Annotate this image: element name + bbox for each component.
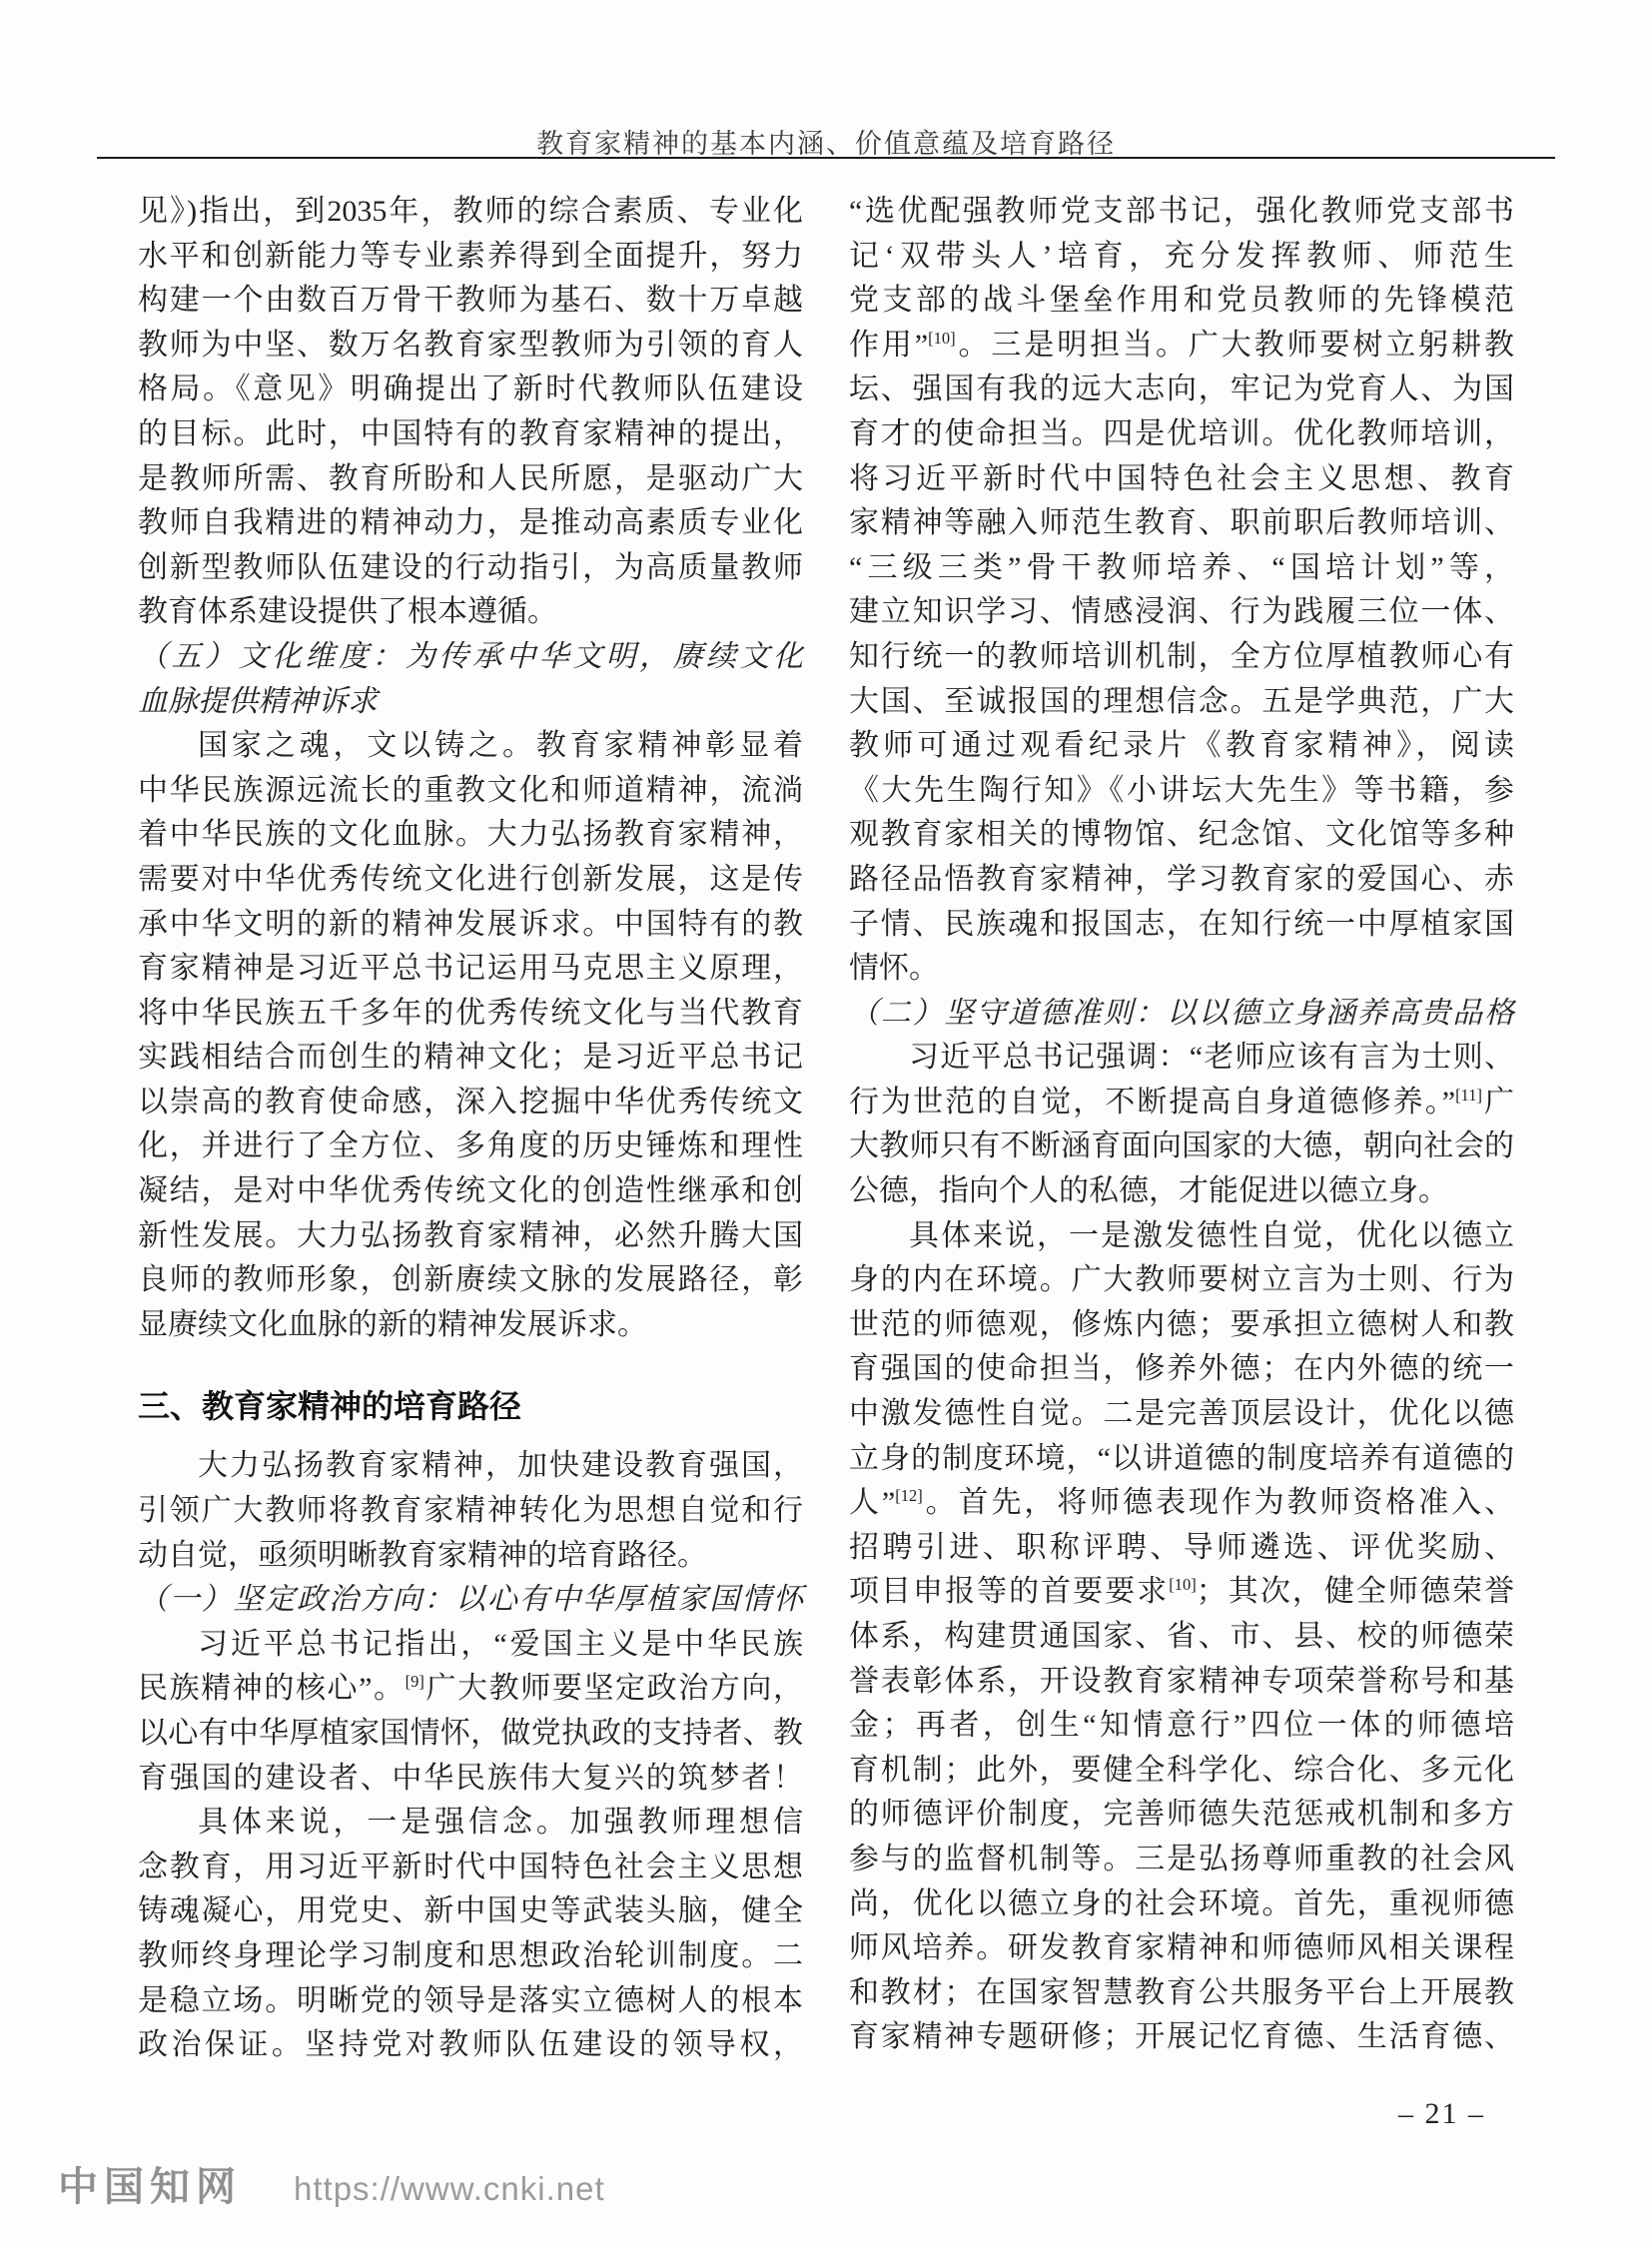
text-line: 是教师所需、教育所盼和人民所愿，是驱动广大: [138, 457, 803, 502]
text-line: 大教师只有不断涵育面向国家的大德，朝向社会的: [849, 1124, 1514, 1169]
text-line: 作用”[10]。三是明担当。广大教师要树立躬耕教: [849, 324, 1514, 369]
citation-ref: [12]: [895, 1486, 923, 1505]
text-line: 招聘引进、职称评聘、导师遴选、评优奖励、: [849, 1526, 1514, 1571]
text-line: 知行统一的教师培训机制，全方位厚植教师心有: [849, 635, 1514, 680]
text-line: 育强国的建设者、中华民族伟大复兴的筑梦者！: [138, 1757, 803, 1802]
citation-ref: [10]: [1169, 1575, 1197, 1594]
text-line: 水平和创新能力等专业素养得到全面提升，努力: [138, 235, 803, 280]
text-line: 见》)指出，到2035年，教师的综合素质、专业化: [138, 190, 803, 235]
text-line: 世范的师德观，修炼内德；要承担立德树人和教: [849, 1303, 1514, 1348]
text-line: 实践相结合而创生的精神文化；是习近平总书记: [138, 1036, 803, 1081]
text-line: 将中华民族五千多年的优秀传统文化与当代教育: [138, 992, 803, 1037]
subsection-heading-line: 血脉提供精神诉求: [138, 680, 803, 725]
text-line: 公德，指向个人的私德，才能促进以德立身。: [849, 1169, 1514, 1214]
text-line: 情怀。: [849, 947, 1514, 992]
text-line: 教师自我精进的精神动力，是推动高素质专业化: [138, 501, 803, 546]
text-line: 育机制；此外，要健全科学化、综合化、多元化: [849, 1749, 1514, 1794]
text-line: 习近平总书记强调：“老师应该有言为士则、: [849, 1036, 1514, 1081]
text-line: 育家精神是习近平总书记运用马克思主义原理，: [138, 947, 803, 992]
text-line: 教师为中坚、数万名教育家型教师为引领的育人: [138, 324, 803, 369]
citation-ref: [11]: [1455, 1086, 1482, 1105]
text-line: 体系，构建贯通国家、省、市、县、校的师德荣: [849, 1615, 1514, 1660]
right-column: “选优配强教师党支部书记，强化教师党支部书记‘双带头人’培育，充分发挥教师、师范…: [849, 190, 1514, 2060]
text-line: 良师的教师形象，创新赓续文脉的发展路径，彰: [138, 1258, 803, 1303]
page-number: – 21 –: [1398, 2097, 1485, 2131]
text-line: 是稳立场。明晰党的领导是落实立德树人的根本: [138, 1979, 803, 2024]
text-line: 以心有中华厚植家国情怀，做党执政的支持者、教: [138, 1712, 803, 1757]
cnki-watermark: 中国知网 https://www.cnki.net: [58, 2155, 605, 2212]
text-line: 和教材；在国家智慧教育公共服务平台上开展教: [849, 1971, 1514, 2016]
text-line: 党支部的战斗堡垒作用和党员教师的先锋模范: [849, 279, 1514, 324]
text-line: 以崇高的教育使命感，深入挖掘中华优秀传统文: [138, 1081, 803, 1125]
text-line: “选优配强教师党支部书记，强化教师党支部书: [849, 190, 1514, 235]
citation-ref: [10]: [928, 329, 956, 348]
subsection-heading-line: （一）坚定政治方向：以心有中华厚植家国情怀: [138, 1578, 803, 1623]
text-line: 具体来说，一是强信念。加强教师理想信: [138, 1801, 803, 1846]
text-line: 行为世范的自觉，不断提高自身道德修养。”[11]广: [849, 1081, 1514, 1125]
text-line: 凝结，是对中华优秀传统文化的创造性继承和创: [138, 1169, 803, 1214]
text-line: 习近平总书记指出，“爱国主义是中华民族: [138, 1623, 803, 1668]
text-line: 誉表彰体系，开设教育家精神专项荣誉称号和基: [849, 1660, 1514, 1705]
text-line: 尚，优化以德立身的社会环境。首先，重视师德: [849, 1882, 1514, 1927]
text-line: 育才的使命担当。四是优培训。优化教师培训，: [849, 412, 1514, 457]
subsection-heading-line: （二）坚守道德准则：以以德立身涵养高贵品格: [849, 992, 1514, 1037]
text-line: 记‘双带头人’培育，充分发挥教师、师范生: [849, 235, 1514, 280]
text-line: 教师可通过观看纪录片《教育家精神》，阅读: [849, 724, 1514, 769]
left-column: 见》)指出，到2035年，教师的综合素质、专业化水平和创新能力等专业素养得到全面…: [138, 190, 803, 2068]
text-line: 构建一个由数百万骨干教师为基石、数十万卓越: [138, 279, 803, 324]
text-line: 家精神等融入师范生教育、职前职后教师培训、: [849, 501, 1514, 546]
text-line: 新性发展。大力弘扬教育家精神，必然升腾大国: [138, 1214, 803, 1259]
text-line: 参与的监督机制等。三是弘扬尊师重教的社会风: [849, 1838, 1514, 1882]
text-line: 立身的制度环境，“以讲道德的制度培养有道德的: [849, 1437, 1514, 1482]
text-line: 创新型教师队伍建设的行动指引，为高质量教师: [138, 546, 803, 591]
text-line: 大力弘扬教育家精神，加快建设教育强国，: [138, 1444, 803, 1489]
text-line: 教育体系建设提供了根本遵循。: [138, 590, 803, 635]
text-line: 路径品悟教育家精神，学习教育家的爱国心、赤: [849, 858, 1514, 903]
text-line: 显赓续文化血脉的新的精神发展诉求。: [138, 1303, 803, 1348]
text-line: 项目申报等的首要要求[10]；其次，健全师德荣誉: [849, 1570, 1514, 1615]
text-line: 承中华文明的新的精神发展诉求。中国特有的教: [138, 903, 803, 948]
text-line: 的目标。此时，中国特有的教育家精神的提出，: [138, 412, 803, 457]
section-heading: 三、教育家精神的培育路径: [138, 1383, 803, 1429]
text-line: 子情、民族魂和报国志，在知行统一中厚植家国: [849, 903, 1514, 948]
text-line: 念教育，用习近平新时代中国特色社会主义思想: [138, 1846, 803, 1890]
text-line: 化，并进行了全方位、多角度的历史锤炼和理性: [138, 1124, 803, 1169]
text-line: 育家精神专题研修；开展记忆育德、生活育德、: [849, 2015, 1514, 2060]
text-line: 动自觉，亟须明晰教育家精神的培育路径。: [138, 1534, 803, 1579]
text-line: 引领广大教师将教育家精神转化为思想自觉和行: [138, 1489, 803, 1534]
text-line: 育强国的使命担当，修养外德；在内外德的统一: [849, 1347, 1514, 1392]
citation-ref: [9]: [406, 1672, 424, 1691]
text-line: 金；再者，创生“知情意行”四位一体的师德培: [849, 1704, 1514, 1749]
text-line: 着中华民族的文化血脉。大力弘扬教育家精神，: [138, 813, 803, 858]
text-line: 坛、强国有我的远大志向，牢记为党育人、为国: [849, 368, 1514, 412]
cnki-logo-text: 中国知网: [58, 2155, 242, 2212]
cnki-url: https://www.cnki.net: [294, 2170, 605, 2208]
text-line: 的师德评价制度，完善师德失范惩戒机制和多方: [849, 1793, 1514, 1838]
text-line: 人”[12]。首先，将师德表现作为教师资格准入、: [849, 1481, 1514, 1526]
text-line: 需要对中华优秀传统文化进行创新发展，这是传: [138, 858, 803, 903]
text-line: 大国、至诚报国的理想信念。五是学典范，广大: [849, 680, 1514, 725]
text-line: 师风培养。研发教育家精神和师德师风相关课程: [849, 1926, 1514, 1971]
text-line: 建立知识学习、情感浸润、行为践履三位一体、: [849, 590, 1514, 635]
header-rule: [97, 157, 1555, 159]
text-line: 教师终身理论学习制度和思想政治轮训制度。二: [138, 1934, 803, 1979]
text-line: 国家之魂，文以铸之。教育家精神彰显着: [138, 724, 803, 769]
text-line: 政治保证。坚持党对教师队伍建设的领导权，: [138, 2023, 803, 2068]
text-line: 观教育家相关的博物馆、纪念馆、文化馆等多种: [849, 813, 1514, 858]
text-line: 中华民族源远流长的重教文化和师道精神，流淌: [138, 769, 803, 814]
text-line: 铸魂凝心，用党史、新中国史等武装头脑，健全: [138, 1889, 803, 1934]
text-line: 格局。《意见》明确提出了新时代教师队伍建设: [138, 368, 803, 412]
subsection-heading-line: （五）文化维度：为传承中华文明，赓续文化: [138, 635, 803, 680]
text-line: 具体来说，一是激发德性自觉，优化以德立: [849, 1214, 1514, 1259]
text-line: 《大先生陶行知》《小讲坛大先生》等书籍，参: [849, 769, 1514, 814]
text-line: 中激发德性自觉。二是完善顶层设计，优化以德: [849, 1392, 1514, 1437]
text-line: “三级三类”骨干教师培养、“国培计划”等，: [849, 546, 1514, 591]
text-line: 将习近平新时代中国特色社会主义思想、教育: [849, 457, 1514, 502]
text-line: 身的内在环境。广大教师要树立言为士则、行为: [849, 1258, 1514, 1303]
text-line: 民族精神的核心”。[9]广大教师要坚定政治方向，: [138, 1667, 803, 1712]
page-header-title: 教育家精神的基本内涵、价值意蕴及培育路径: [0, 122, 1652, 161]
